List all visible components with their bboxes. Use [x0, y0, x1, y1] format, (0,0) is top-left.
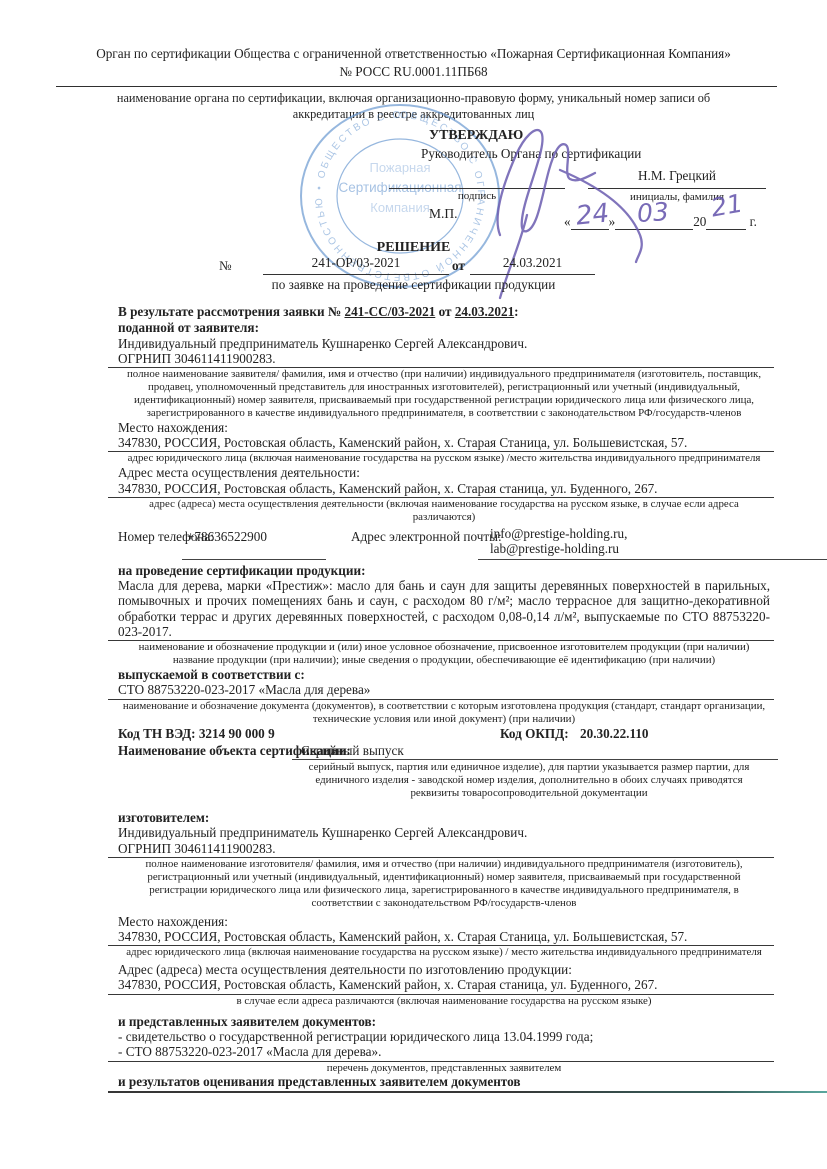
decision-subtitle: по заявке на проведение сертификации про… — [0, 277, 827, 293]
manufacturer-location-caption: адрес юридического лица (включая наимено… — [118, 946, 770, 959]
object-value: Серийный выпуск — [301, 743, 404, 758]
okpd-label: Код ОКПД: — [500, 726, 569, 741]
documents-caption: перечень документов, представленных заяв… — [118, 1062, 770, 1075]
results-heading: и результатов оценивания представленных … — [118, 1074, 770, 1089]
manufacturer-activity-caption: в случае если адреса различаются (включа… — [118, 995, 770, 1008]
seal-place-label: М.П. — [429, 206, 458, 222]
intro-colon: : — [514, 304, 518, 319]
manufacturer-activity-label: Адрес (адреса) места осуществления деяте… — [118, 962, 770, 977]
activity-caption: адрес (адреса) места осуществления деяте… — [118, 498, 770, 524]
activity-value: 347830, РОССИЯ, Ростовская область, Каме… — [118, 481, 770, 496]
decision-document-page: Орган по сертификации Общества с огранич… — [0, 0, 827, 1169]
header-divider — [56, 86, 777, 87]
from-label: от — [452, 258, 465, 274]
codes-row: Код ТН ВЭД: 3214 90 000 9 Код ОКПД: 20.3… — [118, 726, 770, 743]
certification-object-row: Наименование объекта сертификации: Серий… — [118, 743, 770, 761]
location-value: 347830, РОССИЯ, Ростовская область, Каме… — [118, 435, 770, 450]
handwritten-year: 21 — [709, 188, 745, 222]
product-description: Масла для дерева, марки «Престиж»: масло… — [118, 578, 770, 639]
application-date: 24.03.2021 — [455, 304, 514, 319]
issued-caption: наименование и обозначение документа (до… — [118, 700, 770, 726]
application-number: 241-СС/03-2021 — [344, 304, 435, 319]
certification-body-name: Орган по сертификации Общества с огранич… — [40, 46, 787, 62]
applicant-caption: полное наименование заявителя/ фамилия, … — [118, 368, 770, 420]
document-body: В результате рассмотрения заявки № 241-С… — [118, 298, 770, 1093]
results-underline — [108, 1091, 827, 1093]
okpd-value: 20.30.22.110 — [580, 726, 649, 741]
email-underline — [478, 559, 827, 560]
location-label: Место нахождения: — [118, 420, 770, 435]
decision-number: 241-ОР/03-2021 — [263, 255, 449, 275]
number-sign: № — [219, 258, 232, 274]
email-line1: info@prestige-holding.ru, — [490, 526, 627, 541]
manufacturer-location-label: Место нахождения: — [118, 914, 770, 929]
intro-prefix: В результате рассмотрения заявки № — [118, 304, 341, 319]
phone-underline — [182, 559, 326, 560]
manufacturer-name: Индивидуальный предприниматель Кушнаренк… — [118, 825, 770, 840]
object-caption: серийный выпуск, партия или единичное из… — [298, 761, 760, 800]
date-year-prefix: 20 — [693, 214, 706, 229]
applicant-heading: поданной от заявителя: — [118, 320, 770, 335]
issued-value: СТО 88753220-023-2017 «Масла для дерева» — [118, 682, 770, 697]
document-item: - свидетельство о государственной регист… — [118, 1029, 770, 1044]
contacts-row: Номер телефона: +78636522900 Адрес элект… — [118, 526, 770, 563]
manufacturer-activity-value: 347830, РОССИЯ, Ростовская область, Каме… — [118, 977, 770, 992]
email-label: Адрес электронной почты: — [351, 529, 502, 544]
object-underline — [292, 759, 778, 760]
decision-date: 24.03.2021 — [470, 255, 595, 275]
accreditation-number: № РОСС RU.0001.11ПБ68 — [40, 64, 787, 80]
document-item: - СТО 88753220-023-2017 «Масла для дерев… — [118, 1044, 770, 1059]
manufacturer-ogrnip: ОГРНИП 304611411900283. — [118, 841, 770, 856]
location-caption: адрес юридического лица (включая наимено… — [118, 452, 770, 465]
documents-heading: и представленных заявителем документов: — [118, 1014, 770, 1029]
manufacturer-location-value: 347830, РОССИЯ, Ростовская область, Каме… — [118, 929, 770, 944]
product-caption: наименование и обозначение продукции и (… — [118, 641, 770, 667]
applicant-ogrnip: ОГРНИП 304611411900283. — [118, 351, 770, 366]
phone-value: +78636522900 — [187, 529, 267, 544]
manufacturer-heading: изготовителем: — [118, 810, 770, 825]
email-values: info@prestige-holding.ru, lab@prestige-h… — [490, 526, 627, 556]
manufacturer-caption: полное наименование изготовителя/ фамили… — [118, 858, 770, 910]
date-era-label: г. — [750, 214, 757, 229]
decision-title: РЕШЕНИЕ — [0, 240, 827, 256]
applicant-name: Индивидуальный предприниматель Кушнаренк… — [118, 336, 770, 351]
tnved-code: Код ТН ВЭД: 3214 90 000 9 — [118, 726, 275, 741]
email-line2: lab@prestige-holding.ru — [490, 541, 627, 556]
intro-line: В результате рассмотрения заявки № 241-С… — [118, 304, 770, 319]
issued-heading: выпускаемой в соответствии с: — [118, 667, 770, 682]
intro-from: от — [439, 304, 452, 319]
product-heading: на проведение сертификации продукции: — [118, 563, 770, 578]
activity-label: Адрес места осуществления деятельности: — [118, 465, 770, 480]
